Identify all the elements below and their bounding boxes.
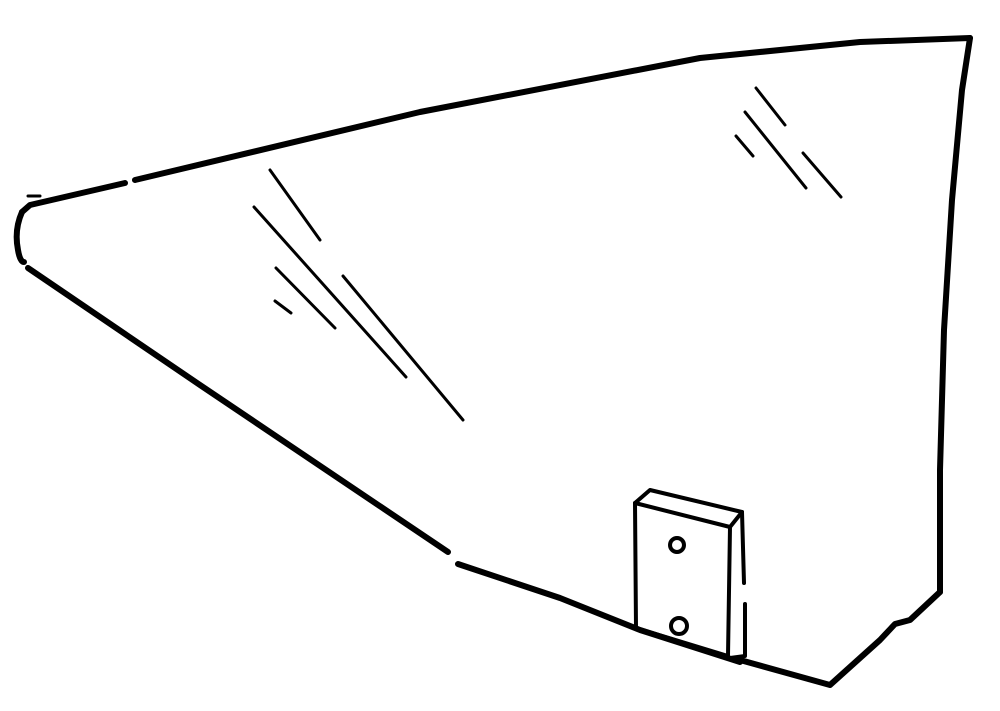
bracket-hole-lower: [671, 618, 687, 634]
mounting-bracket: [635, 490, 745, 658]
window-glass-illustration: [0, 0, 1000, 711]
bracket-hole-upper: [670, 538, 684, 552]
glare-marks-right: [736, 88, 841, 197]
glare-marks-left: [254, 170, 463, 420]
drawing: [17, 38, 970, 685]
glass-pane-outline: [17, 38, 970, 685]
